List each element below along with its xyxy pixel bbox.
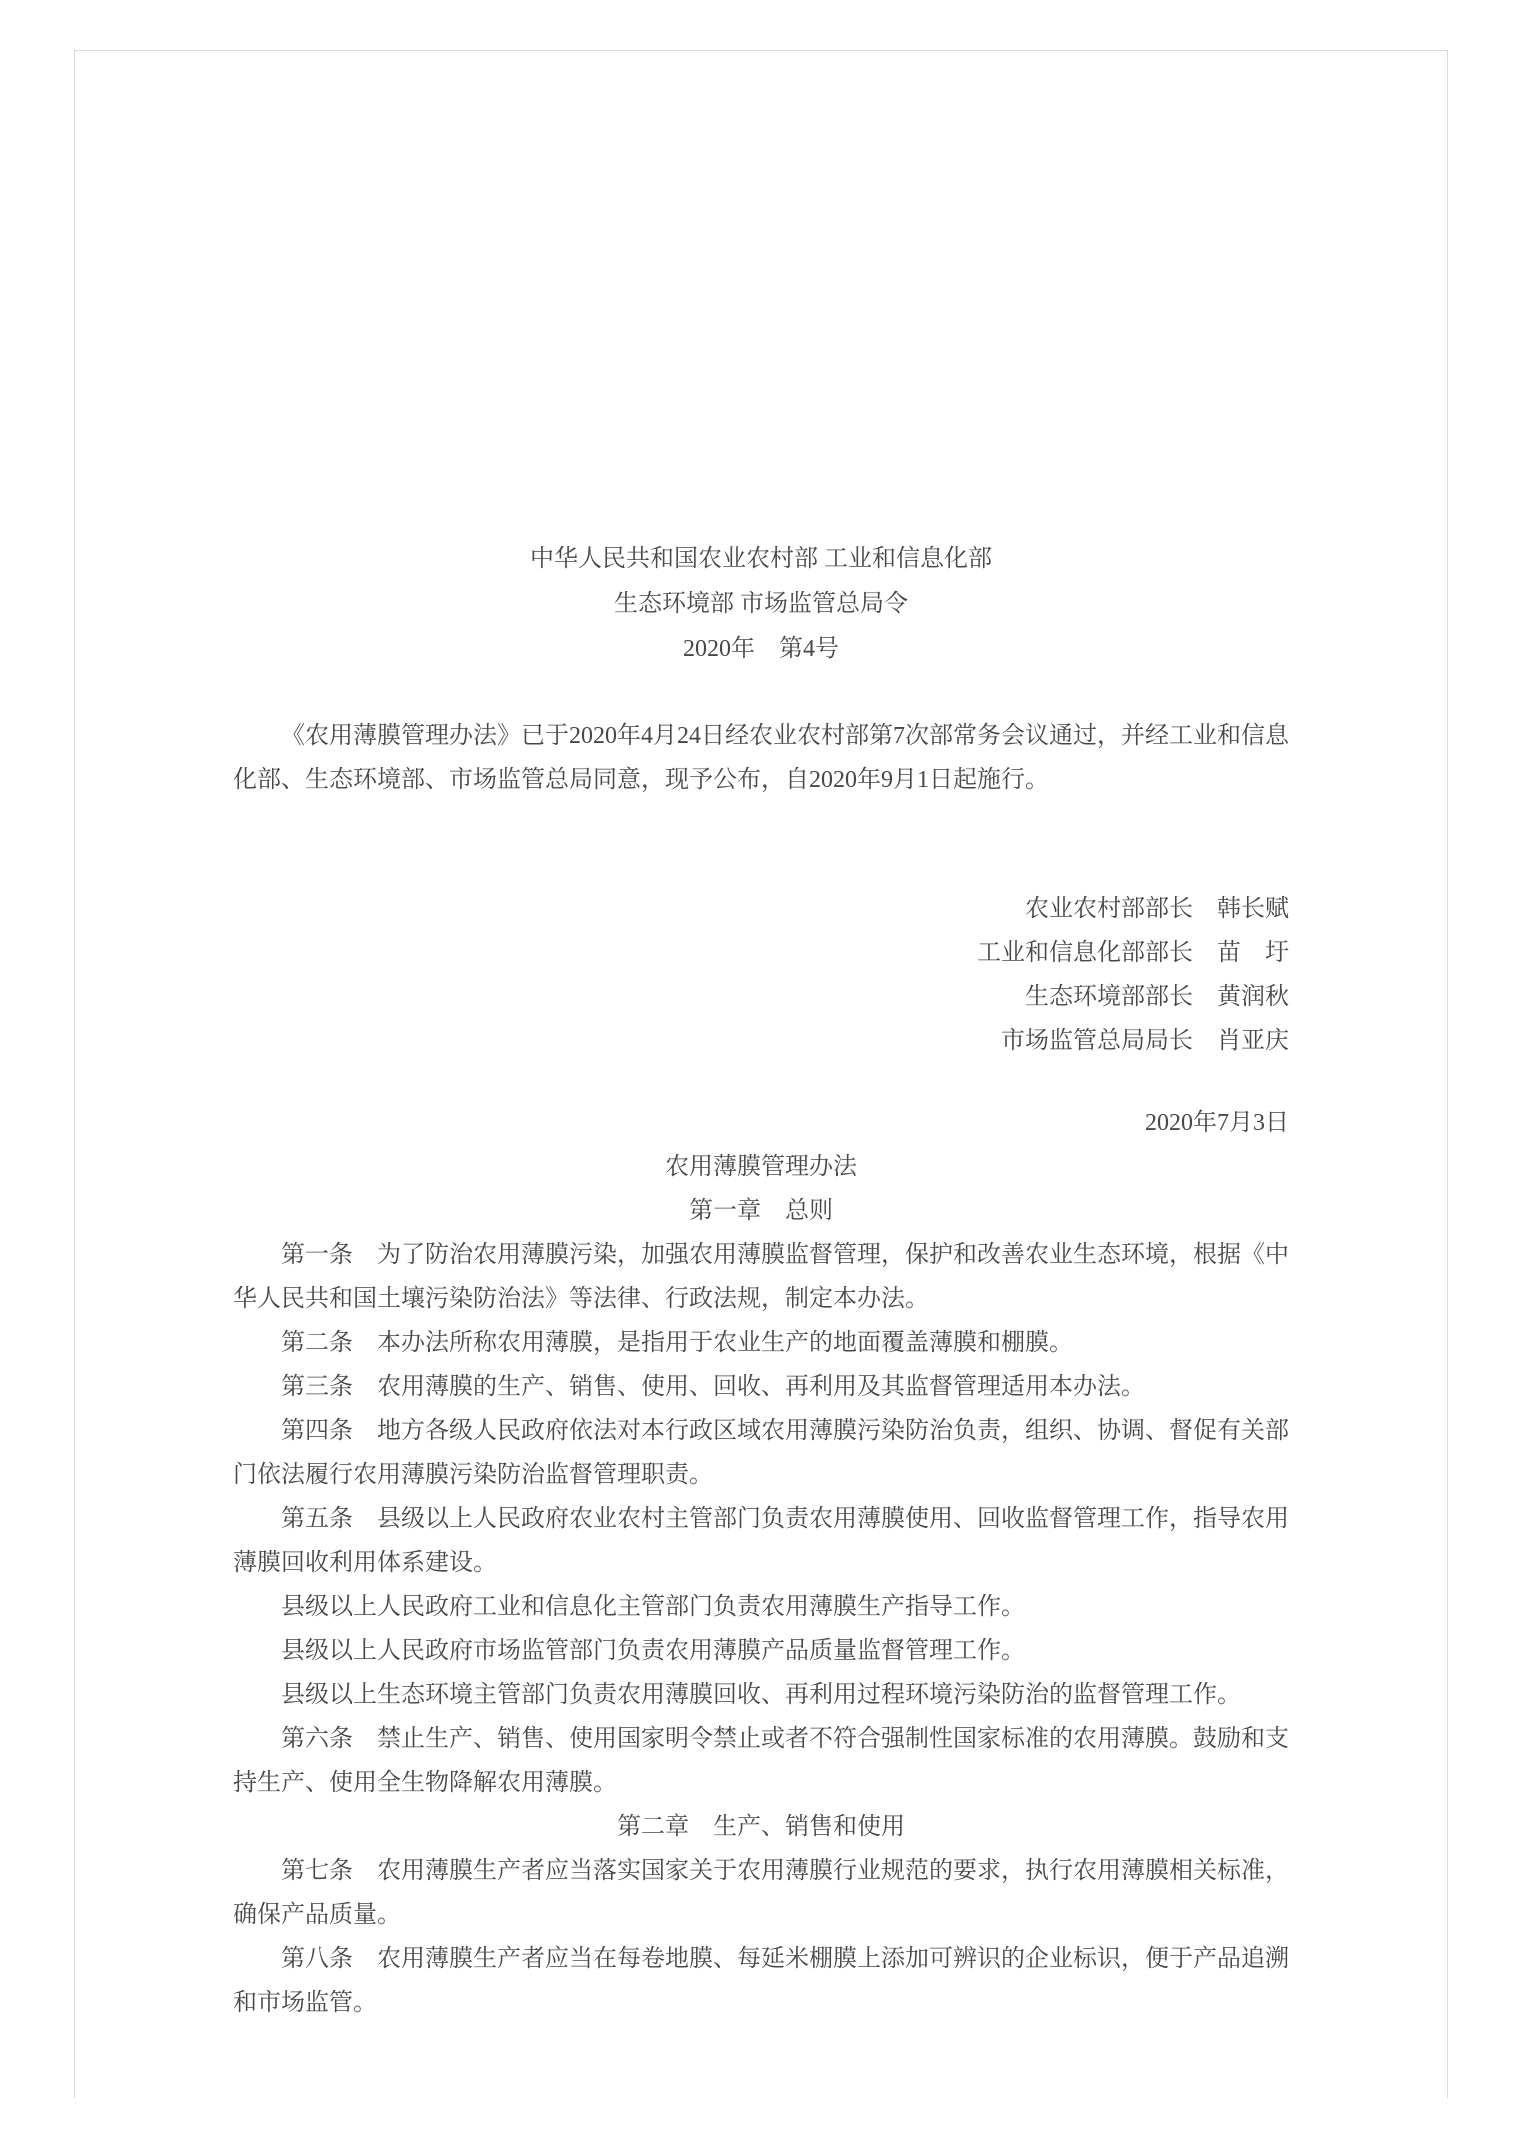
signature-line: 市场监管总局局长 肖亚庆 xyxy=(233,1019,1289,1063)
article-8: 第八条 农用薄膜生产者应当在每卷地膜、每延米棚膜上添加可辨识的企业标识，便于产品… xyxy=(233,1937,1289,2025)
article-1: 第一条 为了防治农用薄膜污染，加强农用薄膜监督管理，保护和改善农业生态环境，根据… xyxy=(233,1233,1289,1321)
header-line-1: 中华人民共和国农业农村部 工业和信息化部 xyxy=(233,537,1289,582)
article-2: 第二条 本办法所称农用薄膜，是指用于农业生产的地面覆盖薄膜和棚膜。 xyxy=(233,1321,1289,1365)
regulation-title: 农用薄膜管理办法 xyxy=(233,1145,1289,1189)
promulgation-date: 2020年7月3日 xyxy=(233,1101,1289,1145)
document-content: 中华人民共和国农业农村部 工业和信息化部 生态环境部 市场监管总局令 2020年… xyxy=(75,51,1447,2025)
chapter-2-heading: 第二章 生产、销售和使用 xyxy=(233,1805,1289,1849)
article-7: 第七条 农用薄膜生产者应当落实国家关于农用薄膜行业规范的要求，执行农用薄膜相关标… xyxy=(233,1849,1289,1937)
spacer xyxy=(233,1063,1289,1101)
article-3: 第三条 农用薄膜的生产、销售、使用、回收、再利用及其监督管理适用本办法。 xyxy=(233,1365,1289,1409)
spacer xyxy=(233,672,1289,714)
signature-line: 生态环境部部长 黄润秋 xyxy=(233,975,1289,1019)
signature-line: 工业和信息化部部长 苗 圩 xyxy=(233,931,1289,975)
chapter-1-heading: 第一章 总则 xyxy=(233,1189,1289,1233)
signature-block: 农业农村部部长 韩长赋 工业和信息化部部长 苗 圩 生态环境部部长 黄润秋 市场… xyxy=(233,887,1289,1063)
signature-line: 农业农村部部长 韩长赋 xyxy=(233,887,1289,931)
article-5: 第五条 县级以上人民政府农业农村主管部门负责农用薄膜使用、回收监督管理工作，指导… xyxy=(233,1497,1289,1585)
promulgation-paragraph: 《农用薄膜管理办法》已于2020年4月24日经农业农村部第7次部常务会议通过，并… xyxy=(233,714,1289,802)
spacer xyxy=(233,802,1289,887)
article-5-clause-4: 县级以上生态环境主管部门负责农用薄膜回收、再利用过程环境污染防治的监督管理工作。 xyxy=(233,1673,1289,1717)
header-line-2: 生态环境部 市场监管总局令 xyxy=(233,582,1289,627)
document-page: 中华人民共和国农业农村部 工业和信息化部 生态环境部 市场监管总局令 2020年… xyxy=(74,50,1448,2098)
article-4: 第四条 地方各级人民政府依法对本行政区域农用薄膜污染防治负责，组织、协调、督促有… xyxy=(233,1409,1289,1497)
article-5-clause-2: 县级以上人民政府工业和信息化主管部门负责农用薄膜生产指导工作。 xyxy=(233,1585,1289,1629)
decree-number: 2020年 第4号 xyxy=(233,627,1289,672)
issuing-authority-header: 中华人民共和国农业农村部 工业和信息化部 生态环境部 市场监管总局令 2020年… xyxy=(233,537,1289,672)
article-5-clause-3: 县级以上人民政府市场监管部门负责农用薄膜产品质量监督管理工作。 xyxy=(233,1629,1289,1673)
article-6: 第六条 禁止生产、销售、使用国家明令禁止或者不符合强制性国家标准的农用薄膜。鼓励… xyxy=(233,1717,1289,1805)
